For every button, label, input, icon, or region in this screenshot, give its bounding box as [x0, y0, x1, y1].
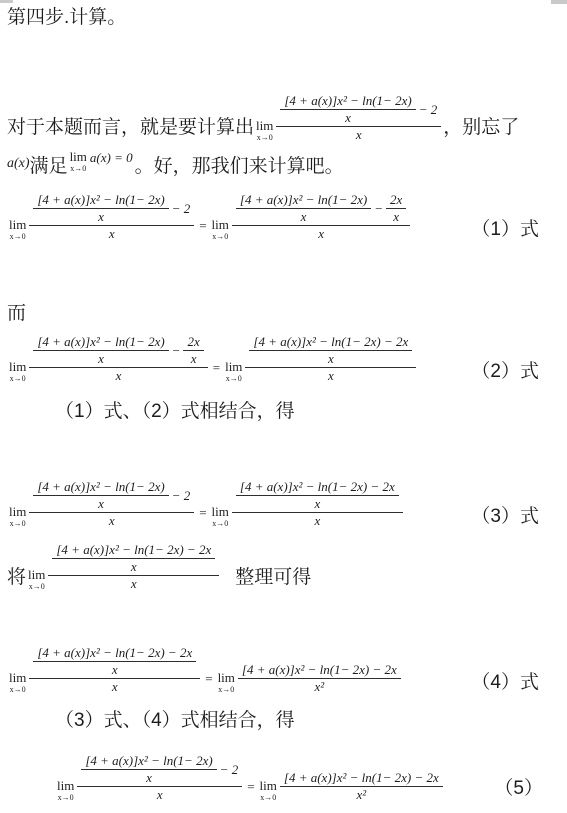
screen-edge-fragment-left	[0, 0, 13, 3]
outer-fraction: [4 + a(x)]x² − ln(1− 2x)x− 2x	[276, 93, 441, 143]
lim-word: lim	[9, 671, 26, 685]
combine-1-2-text: （1）式、（2）式相结合，得	[55, 400, 295, 424]
lim-word: lim	[57, 779, 74, 793]
equation-1-formula: limx→0[4 + a(x)]x² − ln(1− 2x)x− 2x=limx…	[9, 192, 410, 242]
inner-numerator: [4 + a(x)]x² − ln(1− 2x)	[33, 192, 168, 209]
outer-numerator: [4 + a(x)]x² − ln(1− 2x) − 2xx	[245, 334, 416, 368]
outer-denominator: x	[48, 576, 219, 592]
outer-denominator: x	[276, 127, 441, 143]
minus-two-term: − 2	[419, 102, 438, 117]
outer-fraction: [4 + a(x)]x² − ln(1− 2x)x− 2x	[29, 479, 194, 529]
lim-subscript: x→0	[212, 232, 229, 241]
lim-word: lim	[218, 671, 235, 685]
inner-denominator: x	[52, 559, 215, 575]
limit-operator: limx→0	[260, 779, 277, 802]
denominator-x-squared: x²	[238, 679, 401, 695]
lim-word: lim	[9, 505, 26, 519]
lim-subscript: x→0	[260, 793, 277, 802]
outer-numerator: [4 + a(x)]x² − ln(1− 2x)x− 2	[29, 192, 194, 226]
section-title: 第四步.计算。	[7, 6, 126, 30]
minus-two-term: − 2	[220, 762, 239, 777]
outer-denominator: x	[29, 368, 207, 384]
limit-operator: limx→0	[9, 218, 26, 241]
outer-fraction: [4 + a(x)]x² − ln(1− 2x)x−2xxx	[232, 192, 410, 242]
equation-4: limx→0[4 + a(x)]x² − ln(1− 2x) − 2xxx=li…	[0, 645, 567, 695]
minus-two-term: − 2	[172, 488, 191, 503]
inner-numerator: [4 + a(x)]x² − ln(1− 2x)	[81, 753, 216, 770]
minus-sign: −	[172, 343, 181, 358]
denominator-x-squared: x²	[280, 787, 443, 803]
outer-denominator: x	[245, 368, 416, 384]
lim-subscript: x→0	[256, 133, 273, 142]
inner-numerator: [4 + a(x)]x² − ln(1− 2x) − 2x	[33, 645, 196, 662]
limit-operator: limx→0	[225, 360, 242, 383]
equation-5: limx→0[4 + a(x)]x² − ln(1− 2x)x− 2x=limx…	[0, 753, 567, 803]
paragraph-2: a(x)满足limx→0a(x) = 0。好，那我们来计算吧。	[7, 150, 344, 181]
formula-inline-A: limx→0[4 + a(x)]x² − ln(1− 2x)x− 2x	[256, 93, 441, 143]
equation-4-formula: limx→0[4 + a(x)]x² − ln(1− 2x) − 2xxx=li…	[9, 645, 401, 695]
limit-operator: limx→0	[218, 671, 235, 694]
limit-operator: limx→0	[9, 360, 26, 383]
inner-denominator: x	[33, 496, 168, 512]
equation-5-formula: limx→0[4 + a(x)]x² − ln(1− 2x)x− 2x=limx…	[57, 753, 443, 803]
outer-numerator: [4 + a(x)]x² − ln(1− 2x)x− 2	[77, 753, 242, 787]
lim-word: lim	[9, 360, 26, 374]
limit-operator: limx→0	[256, 119, 273, 142]
inner-fraction: [4 + a(x)]x² − ln(1− 2x) − 2xx	[52, 542, 215, 575]
paragraph-2-text-after: 。好，那我们来计算吧。	[135, 155, 344, 181]
lim-word: lim	[28, 568, 45, 582]
equals-sign: =	[213, 360, 220, 375]
paragraph-1: 对于本题而言，就是要计算出limx→0[4 + a(x)]x² − ln(1− …	[7, 93, 519, 143]
simple-fraction: [4 + a(x)]x² − ln(1− 2x) − 2xx²	[238, 662, 401, 695]
inner-fraction: [4 + a(x)]x² − ln(1− 2x)x	[33, 334, 168, 367]
equation-2: limx→0[4 + a(x)]x² − ln(1− 2x)x−2xxx=lim…	[0, 334, 567, 384]
outer-numerator: [4 + a(x)]x² − ln(1− 2x)x− 2	[29, 479, 194, 513]
lim-word: lim	[256, 119, 273, 133]
lim-subscript: x→0	[9, 232, 26, 241]
equation-1: limx→0[4 + a(x)]x² − ln(1− 2x)x− 2x=limx…	[0, 192, 567, 242]
lim-subscript: x→0	[9, 374, 26, 383]
rearrange-jiang: 将	[7, 566, 26, 592]
equation-2-label: （2）式	[471, 360, 539, 384]
inner-fraction: [4 + a(x)]x² − ln(1− 2x) − 2xx	[33, 645, 196, 678]
equals-sign: =	[199, 505, 206, 520]
inner-numerator: [4 + a(x)]x² − ln(1− 2x) − 2x	[249, 334, 412, 351]
connector-er: 而	[7, 302, 26, 326]
inner-denominator: x	[249, 351, 412, 367]
equation-5-label: （5）	[494, 777, 543, 801]
outer-fraction: [4 + a(x)]x² − ln(1− 2x)x−2xxx	[29, 334, 207, 384]
lim-word: lim	[260, 779, 277, 793]
equation-1-label: （1）式	[471, 218, 539, 242]
ax-symbol: a(x)	[7, 156, 30, 181]
inner-numerator: [4 + a(x)]x² − ln(1− 2x) − 2x	[236, 479, 399, 496]
outer-fraction: [4 + a(x)]x² − ln(1− 2x)x− 2x	[77, 753, 242, 803]
lim-word: lim	[212, 218, 229, 232]
outer-fraction: [4 + a(x)]x² − ln(1− 2x) − 2xxx	[232, 479, 403, 529]
limit-operator: limx→0	[9, 505, 26, 528]
inner-fraction-2x: 2xx	[386, 192, 406, 225]
outer-numerator: [4 + a(x)]x² − ln(1− 2x) − 2xx	[48, 542, 219, 576]
limit-operator: limx→0	[9, 671, 26, 694]
lim-subscript: x→0	[218, 685, 235, 694]
lim-subscript: x→0	[212, 519, 229, 528]
lim-word: lim	[212, 505, 229, 519]
inner-fraction: [4 + a(x)]x² − ln(1− 2x) − 2xx	[236, 479, 399, 512]
inner-numerator: 2x	[386, 192, 406, 209]
inner-fraction-2x: 2xx	[183, 334, 203, 367]
inner-fraction: [4 + a(x)]x² − ln(1− 2x)x	[236, 192, 371, 225]
screen-edge-fragment-right	[551, 0, 567, 4]
inner-numerator: [4 + a(x)]x² − ln(1− 2x)	[33, 334, 168, 351]
inner-denominator: x	[236, 496, 399, 512]
inner-numerator: [4 + a(x)]x² − ln(1− 2x) − 2x	[52, 542, 215, 559]
outer-denominator: x	[29, 226, 194, 242]
minus-sign: −	[374, 201, 383, 216]
equals-sign: =	[205, 671, 212, 686]
limit-operator: limx→0	[70, 150, 87, 173]
simple-fraction: [4 + a(x)]x² − ln(1− 2x) − 2xx²	[280, 770, 443, 803]
outer-numerator: [4 + a(x)]x² − ln(1− 2x)x− 2	[276, 93, 441, 127]
document-page: 第四步.计算。 对于本题而言，就是要计算出limx→0[4 + a(x)]x² …	[0, 0, 567, 813]
inner-fraction: [4 + a(x)]x² − ln(1− 2x)x	[81, 753, 216, 786]
minus-two-term: − 2	[172, 201, 191, 216]
lim-subscript: x→0	[70, 164, 87, 173]
condition-expression: a(x) = 0	[90, 150, 133, 165]
equation-2-formula: limx→0[4 + a(x)]x² − ln(1− 2x)x−2xxx=lim…	[9, 334, 416, 384]
lim-subscript: x→0	[9, 685, 26, 694]
limit-operator: limx→0	[28, 568, 45, 591]
inner-fraction: [4 + a(x)]x² − ln(1− 2x)x	[33, 479, 168, 512]
numerator: [4 + a(x)]x² − ln(1− 2x) − 2x	[280, 770, 443, 787]
lim-word: lim	[9, 218, 26, 232]
lim-subscript: x→0	[57, 793, 74, 802]
rearrange-zhengli: 整理可得	[235, 566, 311, 592]
inner-fraction: [4 + a(x)]x² − ln(1− 2x) − 2xx	[249, 334, 412, 367]
paragraph-1-text-before: 对于本题而言，就是要计算出	[7, 116, 254, 143]
rearrange-row: 将limx→0[4 + a(x)]x² − ln(1− 2x) − 2xxx整理…	[7, 542, 311, 592]
numerator: [4 + a(x)]x² − ln(1− 2x) − 2x	[238, 662, 401, 679]
paragraph-2-manzu: 满足	[30, 155, 68, 181]
outer-numerator: [4 + a(x)]x² − ln(1− 2x)x−2xx	[29, 334, 207, 368]
inner-fraction: [4 + a(x)]x² − ln(1− 2x)x	[33, 192, 168, 225]
limit-operator: limx→0	[212, 505, 229, 528]
inner-denominator: x	[33, 662, 196, 678]
limit-operator: limx→0	[212, 218, 229, 241]
equals-sign: =	[199, 218, 206, 233]
inner-fraction: [4 + a(x)]x² − ln(1− 2x)x	[280, 93, 415, 126]
inner-denominator: x	[33, 209, 168, 225]
outer-fraction: [4 + a(x)]x² − ln(1− 2x) − 2xxx	[245, 334, 416, 384]
equation-3-label: （3）式	[471, 505, 539, 529]
lim-word: lim	[70, 150, 87, 164]
inner-denominator: x	[183, 351, 203, 367]
outer-denominator: x	[29, 679, 200, 695]
inner-denominator: x	[280, 110, 415, 126]
inner-numerator: [4 + a(x)]x² − ln(1− 2x)	[280, 93, 415, 110]
outer-fraction: [4 + a(x)]x² − ln(1− 2x) − 2xxx	[48, 542, 219, 592]
outer-numerator: [4 + a(x)]x² − ln(1− 2x)x−2xx	[232, 192, 410, 226]
outer-fraction: [4 + a(x)]x² − ln(1− 2x)x− 2x	[29, 192, 194, 242]
equals-sign: =	[247, 779, 254, 794]
paragraph-1-text-after: ，别忘了	[443, 116, 519, 143]
outer-numerator: [4 + a(x)]x² − ln(1− 2x) − 2xx	[232, 479, 403, 513]
inner-numerator: [4 + a(x)]x² − ln(1− 2x)	[236, 192, 371, 209]
equation-3-formula: limx→0[4 + a(x)]x² − ln(1− 2x)x− 2x=limx…	[9, 479, 403, 529]
inner-numerator: 2x	[183, 334, 203, 351]
lim-subscript: x→0	[9, 519, 26, 528]
formula-condition: limx→0a(x) = 0	[70, 150, 133, 181]
inner-denominator: x	[236, 209, 371, 225]
lim-subscript: x→0	[28, 582, 45, 591]
outer-denominator: x	[232, 226, 410, 242]
lim-subscript: x→0	[225, 374, 242, 383]
lim-word: lim	[225, 360, 242, 374]
inner-denominator: x	[33, 351, 168, 367]
outer-denominator: x	[232, 513, 403, 529]
inner-numerator: [4 + a(x)]x² − ln(1− 2x)	[33, 479, 168, 496]
outer-denominator: x	[77, 787, 242, 803]
outer-numerator: [4 + a(x)]x² − ln(1− 2x) − 2xx	[29, 645, 200, 679]
equation-4-label: （4）式	[471, 671, 539, 695]
equation-3: limx→0[4 + a(x)]x² − ln(1− 2x)x− 2x=limx…	[0, 479, 567, 529]
outer-fraction: [4 + a(x)]x² − ln(1− 2x) − 2xxx	[29, 645, 200, 695]
inner-denominator: x	[386, 209, 406, 225]
combine-3-4-text: （3）式、（4）式相结合，得	[55, 709, 295, 733]
limit-operator: limx→0	[57, 779, 74, 802]
outer-denominator: x	[29, 513, 194, 529]
inner-denominator: x	[81, 770, 216, 786]
formula-C-standalone: limx→0[4 + a(x)]x² − ln(1− 2x) − 2xxx	[28, 542, 219, 592]
